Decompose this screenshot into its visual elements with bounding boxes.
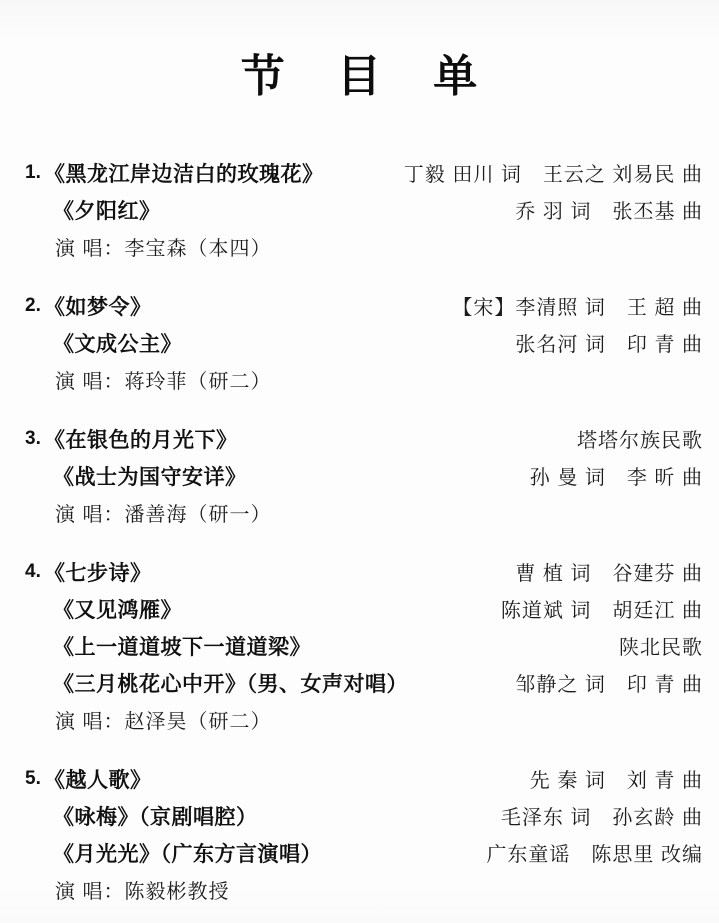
song-title: 《咏梅》（京剧唱腔） — [53, 801, 258, 831]
program-line: 《三月桃花心中开》（男、女声对唱） 邹静之 词 印 青 曲 — [25, 664, 703, 701]
program-line: 《上一道道坡下一道道梁》 陕北民歌 — [25, 627, 703, 664]
song-credit: 【宋】李清照 词 王 超 曲 — [452, 291, 703, 320]
program-line: 《文成公主》 张名河 词 印 青 曲 — [25, 324, 703, 361]
page-title: 节 目 单 — [35, 40, 703, 104]
song-title: 《七步诗》 — [44, 557, 152, 587]
song-credit: 邹静之 词 印 青 曲 — [515, 668, 703, 697]
song-credit: 毛泽东 词 孙玄龄 曲 — [501, 801, 703, 830]
program-line: 2. 《如梦令》 【宋】李清照 词 王 超 曲 — [25, 287, 703, 324]
song-title: 《在银色的月光下》 — [44, 424, 238, 454]
program-line: 《夕阳红》 乔 羽 词 张丕基 曲 — [25, 191, 703, 228]
program-section-2: 2. 《如梦令》 【宋】李清照 词 王 超 曲 《文成公主》 张名河 词 印 青… — [25, 287, 703, 398]
song-credit: 曹 植 词 谷建芬 曲 — [515, 557, 703, 586]
program-line: 《咏梅》（京剧唱腔） 毛泽东 词 孙玄龄 曲 — [25, 797, 703, 834]
song-credit: 塔塔尔族民歌 — [577, 424, 703, 453]
song-title: 《又见鸿雁》 — [53, 594, 182, 624]
program-section-5: 5. 《越人歌》 先 秦 词 刘 青 曲 《咏梅》（京剧唱腔） 毛泽东 词 孙玄… — [25, 760, 703, 908]
program-section-1: 1. 《黑龙江岸边洁白的玫瑰花》 丁毅 田川 词 王云之 刘易民 曲 《夕阳红》… — [25, 154, 703, 265]
program-line: 3. 《在银色的月光下》 塔塔尔族民歌 — [25, 420, 703, 457]
performer: 演 唱：李宝森（本四） — [55, 232, 272, 261]
section-number: 5. — [25, 768, 44, 790]
program-line: 《月光光》（广东方言演唱） 广东童谣 陈思里 改编 — [25, 834, 703, 871]
song-credit: 丁毅 田川 词 王云之 刘易民 曲 — [404, 158, 703, 187]
performer: 演 唱：潘善海（研一） — [55, 498, 272, 527]
song-title: 《文成公主》 — [53, 328, 182, 358]
program-page: 节 目 单 1. 《黑龙江岸边洁白的玫瑰花》 丁毅 田川 词 王云之 刘易民 曲… — [0, 0, 719, 923]
performer-line: 演 唱：赵泽昊（研二） — [25, 701, 703, 738]
section-number: 1. — [25, 162, 44, 184]
song-title: 《黑龙江岸边洁白的玫瑰花》 — [44, 158, 324, 188]
song-credit: 陈道斌 词 胡廷江 曲 — [501, 594, 703, 623]
performer-line: 演 唱：李宝森（本四） — [25, 228, 703, 265]
song-title: 《三月桃花心中开》（男、女声对唱） — [53, 668, 408, 698]
program-line: 4. 《七步诗》 曹 植 词 谷建芬 曲 — [25, 553, 703, 590]
song-credit: 张名河 词 印 青 曲 — [515, 328, 703, 357]
song-credit: 陕北民歌 — [619, 631, 703, 660]
song-credit: 乔 羽 词 张丕基 曲 — [515, 195, 703, 224]
performer: 演 唱：赵泽昊（研二） — [55, 705, 272, 734]
performer: 演 唱：陈毅彬教授 — [55, 875, 230, 904]
performer-line: 演 唱：蒋玲菲（研二） — [25, 361, 703, 398]
program-line: 《战士为国守安详》 孙 曼 词 李 昕 曲 — [25, 457, 703, 494]
song-credit: 孙 曼 词 李 昕 曲 — [530, 461, 703, 490]
program-line: 5. 《越人歌》 先 秦 词 刘 青 曲 — [25, 760, 703, 797]
section-number: 3. — [25, 428, 44, 450]
song-title: 《夕阳红》 — [53, 195, 161, 225]
performer-line: 演 唱：陈毅彬教授 — [25, 871, 703, 908]
program-line: 1. 《黑龙江岸边洁白的玫瑰花》 丁毅 田川 词 王云之 刘易民 曲 — [25, 154, 703, 191]
song-title: 《越人歌》 — [44, 764, 152, 794]
song-title: 《上一道道坡下一道道梁》 — [53, 631, 311, 661]
song-title: 《战士为国守安详》 — [53, 461, 247, 491]
program-section-4: 4. 《七步诗》 曹 植 词 谷建芬 曲 《又见鸿雁》 陈道斌 词 胡廷江 曲 … — [25, 553, 703, 738]
section-number: 4. — [25, 561, 44, 583]
song-credit: 广东童谣 陈思里 改编 — [486, 838, 703, 867]
performer-line: 演 唱：潘善海（研一） — [25, 494, 703, 531]
performer: 演 唱：蒋玲菲（研二） — [55, 365, 272, 394]
program-section-3: 3. 《在银色的月光下》 塔塔尔族民歌 《战士为国守安详》 孙 曼 词 李 昕 … — [25, 420, 703, 531]
section-number: 2. — [25, 295, 44, 317]
song-title: 《如梦令》 — [44, 291, 152, 321]
song-credit: 先 秦 词 刘 青 曲 — [530, 764, 703, 793]
program-line: 《又见鸿雁》 陈道斌 词 胡廷江 曲 — [25, 590, 703, 627]
song-title: 《月光光》（广东方言演唱） — [53, 838, 322, 868]
